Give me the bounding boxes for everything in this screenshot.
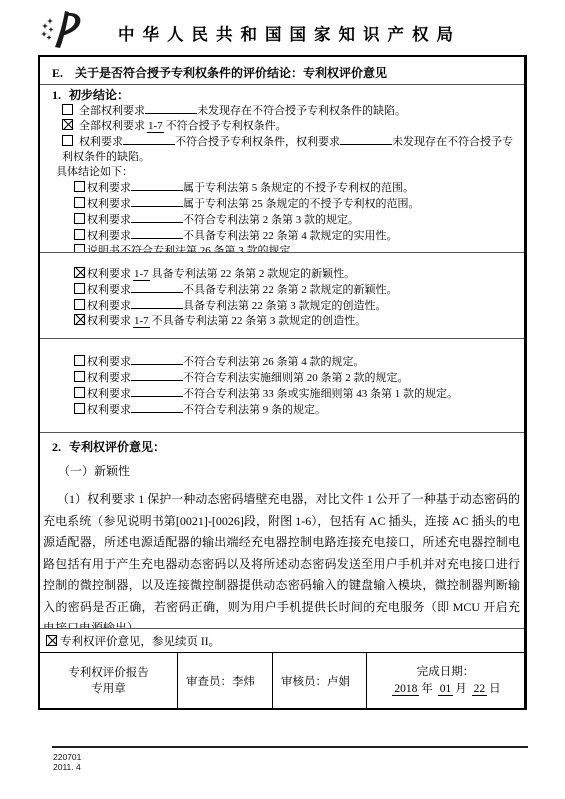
date-year[interactable]: 2018 <box>392 683 419 696</box>
option-text: 权利要求 <box>87 198 131 210</box>
checkbox[interactable] <box>74 387 85 398</box>
claims-blank-field[interactable] <box>340 134 392 145</box>
option-all-claims-not-patentable: 全部权利要求1-7不符合授予专利权条件。 <box>62 119 524 134</box>
section-2-title: 专利权评价意见： <box>69 440 165 454</box>
opinion-paragraph: （1）权利要求 1 保护一种动态密码墙壁充电器，对比文件 1 公开了一种基于动态… <box>43 489 520 629</box>
claims-blank-field[interactable] <box>131 282 183 293</box>
checkbox[interactable] <box>74 267 85 278</box>
detail-conclusions-label: 具体结论如下： <box>56 165 524 180</box>
option-partial-claims: 权利要求不符合授予专利权条件，权利要求未发现存在不符合授予专利权条件的缺陷。 <box>62 134 524 165</box>
detail-option-description: 说明书不符合专利法第 26 条第 3 款的规定。 <box>74 244 524 253</box>
signature-table: 专利权评价报告 专用章 审查员：李炜 审核员：卢娟 完成日期： 2018年 01… <box>40 653 524 708</box>
option-text: 具备专利法第 22 条第 2 款规定的新颖性。 <box>152 268 356 280</box>
completion-date-label: 完成日期： <box>367 664 524 681</box>
option-text: 不符合授予专利权条件，权利要求 <box>175 136 340 148</box>
checkbox[interactable] <box>74 197 85 208</box>
section-2-heading: 2.专利权评价意见： <box>52 440 520 454</box>
checkbox[interactable] <box>74 181 85 192</box>
date-day[interactable]: 22 <box>472 683 488 696</box>
checkbox[interactable] <box>62 119 73 130</box>
examiner-name: 李炜 <box>232 676 255 688</box>
option-text: 权利要求 <box>87 388 131 400</box>
detail-option-article5: 权利要求属于专利法第 5 条规定的不授予专利权的范围。 <box>74 180 524 196</box>
date-month-unit: 月 <box>455 683 467 695</box>
checkbox[interactable] <box>74 371 85 382</box>
option-article33-rule43: 权利要求不符合专利法第 33 条或实施细则第 43 条第 1 款的规定。 <box>74 386 524 402</box>
document-header: 中华人民共和国国家知识产权局 <box>0 0 565 55</box>
checkbox[interactable] <box>74 314 85 325</box>
option-article9: 权利要求不符合专利法第 9 条的规定。 <box>74 402 524 418</box>
claims-blank-field[interactable] <box>145 103 197 114</box>
claims-blank-field[interactable] <box>131 386 183 397</box>
option-text: 权利要求 <box>87 284 131 296</box>
option-no-novelty: 权利要求不具备专利法第 22 条第 2 款规定的新颖性。 <box>74 282 524 298</box>
option-text: 权利要求 <box>87 372 131 384</box>
section-e-title: 关于是否符合授予专利权条件的评价结论：专利权评价意见 <box>75 66 387 80</box>
checkbox[interactable] <box>74 283 85 294</box>
option-text: 权利要求 <box>87 268 131 280</box>
evaluation-opinion-section: 2.专利权评价意见： （一）新颖性 （1）权利要求 1 保护一种动态密码墙壁充电… <box>40 433 524 629</box>
section-e-row: E.关于是否符合授予专利权条件的评价结论：专利权评价意见 <box>40 57 524 85</box>
detail-option-utility: 权利要求不具备专利法第 22 条第 4 款规定的实用性。 <box>74 228 524 244</box>
option-has-novelty: 权利要求1-7具备专利法第 22 条第 2 款规定的新颖性。 <box>74 267 524 282</box>
option-text: 权利要求 <box>87 356 131 368</box>
evaluation-form-table: E.关于是否符合授予专利权条件的评价结论：专利权评价意见 1.初步结论： 全部权… <box>38 55 527 710</box>
checkbox[interactable] <box>74 229 85 240</box>
section-2-number: 2. <box>52 440 61 454</box>
option-text: 不具备专利法第 22 条第 3 款规定的创造性。 <box>152 315 367 327</box>
claims-blank-field[interactable] <box>131 402 183 413</box>
option-text: 全部权利要求 <box>79 105 145 117</box>
checkbox[interactable] <box>74 244 85 253</box>
other-regulations-section: 权利要求不符合专利法第 26 条第 4 款的规定。 权利要求不符合专利法实施细则… <box>40 339 524 433</box>
option-text: 不符合专利法第 2 条第 3 款的规定。 <box>183 214 359 226</box>
checkbox[interactable] <box>62 135 73 146</box>
option-text: 属于专利法第 5 条规定的不授予专利权的范围。 <box>183 182 414 194</box>
checkbox[interactable] <box>74 213 85 224</box>
option-text: 权利要求 <box>87 300 131 312</box>
claims-value[interactable]: 1-7 <box>147 120 164 133</box>
patent-evaluation-report-page: 中华人民共和国国家知识产权局 E.关于是否符合授予专利权条件的评价结论：专利权评… <box>0 0 565 799</box>
option-text: 不符合专利法第 26 条第 4 款的规定。 <box>183 356 365 368</box>
continuation-text: 专利权评价意见，参见续页 II。 <box>60 636 220 648</box>
option-text: 权利要求 <box>87 404 131 416</box>
option-text: 权利要求 <box>87 315 131 327</box>
option-text: 不符合专利法第 9 条的规定。 <box>183 404 326 416</box>
option-text: 说明书不符合专利法第 26 条第 3 款的规定。 <box>87 245 302 253</box>
option-text: 权利要求 <box>87 182 131 194</box>
option-text: 权利要求 <box>79 136 123 148</box>
seal-line2: 专用章 <box>40 681 177 697</box>
auditor-label: 审核员： <box>281 676 327 688</box>
date-year-unit: 年 <box>421 683 433 695</box>
claims-value[interactable]: 1-7 <box>133 315 150 328</box>
claims-blank-field[interactable] <box>131 298 183 309</box>
section-1-number: 1. <box>52 88 61 102</box>
claims-blank-field[interactable] <box>131 212 183 223</box>
footer-divider <box>52 746 528 748</box>
option-text: 不符合专利法第 33 条或实施细则第 43 条第 1 款的规定。 <box>183 388 458 400</box>
form-version: 2011. 4 <box>53 762 81 772</box>
novelty-subheading: （一）新颖性 <box>58 464 520 478</box>
novelty-creativity-section: 权利要求1-7具备专利法第 22 条第 2 款规定的新颖性。 权利要求不具备专利… <box>40 253 524 339</box>
examiner-cell: 审查员：李炜 <box>178 653 273 708</box>
option-rule20-2: 权利要求不符合专利法实施细则第 20 条第 2 款的规定。 <box>74 370 524 386</box>
claims-blank-field[interactable] <box>131 370 183 381</box>
date-month[interactable]: 01 <box>438 683 454 696</box>
completion-date-cell: 完成日期： 2018年 01月 22日 <box>367 653 524 708</box>
option-text: 不具备专利法第 22 条第 2 款规定的新颖性。 <box>183 284 398 296</box>
option-text: 全部权利要求 <box>79 120 145 132</box>
claims-value[interactable]: 1-7 <box>133 268 150 281</box>
option-text: 未发现存在不符合授予专利权条件的缺陷。 <box>197 105 406 117</box>
option-all-claims-no-defect: 全部权利要求未发现存在不符合授予专利权条件的缺陷。 <box>62 103 524 119</box>
checkbox[interactable] <box>74 299 85 310</box>
auditor-cell: 审核员：卢娟 <box>273 653 367 708</box>
option-text: 不具备专利法第 22 条第 4 款规定的实用性。 <box>183 230 398 242</box>
claims-blank-field[interactable] <box>131 354 183 365</box>
claims-blank-field[interactable] <box>131 228 183 239</box>
option-text: 具备专利法第 22 条第 3 款规定的创造性。 <box>183 300 387 312</box>
claims-blank-field[interactable] <box>131 196 183 207</box>
option-no-creativity: 权利要求1-7不具备专利法第 22 条第 3 款规定的创造性。 <box>74 314 524 329</box>
completion-date-value: 2018年 01月 22日 <box>367 681 524 698</box>
agency-title: 中华人民共和国国家知识产权局 <box>118 21 461 45</box>
auditor-name: 卢娟 <box>327 676 350 688</box>
section-1-heading: 1.初步结论： <box>52 88 524 103</box>
checkbox[interactable] <box>46 635 57 646</box>
section-e-label: E. <box>52 66 63 80</box>
option-text: 权利要求 <box>87 230 131 242</box>
preliminary-conclusion-section: 1.初步结论： 全部权利要求未发现存在不符合授予专利权条件的缺陷。 全部权利要求… <box>40 85 524 253</box>
section-1-title: 初步结论： <box>69 88 129 102</box>
date-day-unit: 日 <box>489 683 501 695</box>
examiner-label: 审查员： <box>186 676 232 688</box>
claims-blank-field[interactable] <box>131 180 183 191</box>
form-footer: 220701 2011. 4 <box>53 752 81 772</box>
checkbox[interactable] <box>74 403 85 414</box>
detail-option-article2-3: 权利要求不符合专利法第 2 条第 3 款的规定。 <box>74 212 524 228</box>
option-article26-4: 权利要求不符合专利法第 26 条第 4 款的规定。 <box>74 354 524 370</box>
option-has-creativity: 权利要求具备专利法第 22 条第 3 款规定的创造性。 <box>74 298 524 314</box>
seal-cell: 专利权评价报告 专用章 <box>40 653 178 708</box>
claims-blank-field[interactable] <box>123 134 175 145</box>
option-text: 不符合授予专利权条件。 <box>166 120 287 132</box>
checkbox[interactable] <box>62 104 73 115</box>
option-text: 属于专利法第 25 条规定的不授予专利权的范围。 <box>183 198 420 210</box>
continuation-row: 专利权评价意见，参见续页 II。 <box>40 629 524 653</box>
option-text: 不符合专利法实施细则第 20 条第 2 款的规定。 <box>183 372 409 384</box>
seal-line1: 专利权评价报告 <box>40 665 177 681</box>
sipo-logo-icon <box>39 10 83 50</box>
detail-option-article25: 权利要求属于专利法第 25 条规定的不授予专利权的范围。 <box>74 196 524 212</box>
form-code: 220701 <box>53 752 81 762</box>
checkbox[interactable] <box>74 355 85 366</box>
option-text: 权利要求 <box>87 214 131 226</box>
